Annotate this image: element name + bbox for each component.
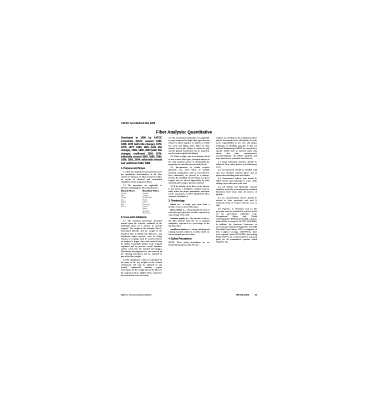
paragraph-1-1: 1.1 This test method presents procedures… bbox=[121, 170, 162, 183]
page-content: AATCC Test Method 20A-2000 Fiber Analysi… bbox=[121, 122, 257, 300]
scanned-page-background: AATCC Test Method 20A-2000 Fiber Analysi… bbox=[0, 0, 368, 420]
footer-page-number: 33 bbox=[255, 294, 257, 297]
text-columns: Developed in 1959 by AATCC Committee RA2… bbox=[121, 137, 257, 291]
cell-natural bbox=[121, 212, 143, 214]
document-page: AATCC Test Method 20A-2000 Fiber Analysi… bbox=[121, 122, 257, 300]
paragraph-2-1: 2.1 The chemical procedures described de… bbox=[121, 219, 162, 257]
definition-blend: blend, n.— a single yarn spun from a mix… bbox=[169, 203, 210, 208]
section-heading-purpose: 1. Purpose and Scope bbox=[121, 167, 162, 170]
safety-item-4-6: 4.6 Exposure to chemicals used in this p… bbox=[216, 207, 257, 243]
safety-continuation: cautions are ancillary to the testing pr… bbox=[216, 137, 257, 160]
definition-fiber-content: fiber content, n.— the proportion by mas… bbox=[169, 209, 210, 217]
safety-item-4-1: 4.1 Good laboratory practices should be … bbox=[216, 160, 257, 168]
page-footer: AATCC Technical Manual/2010 TM 20A-2000 … bbox=[121, 294, 257, 297]
fiber-list-table: Natural Fibers Man-Made Fibers CottonAce… bbox=[121, 190, 162, 214]
footer-method-number: TM 20A-2000 bbox=[236, 294, 249, 297]
column-right: cautions are ancillary to the testing pr… bbox=[216, 137, 257, 291]
definition-nonfibrous-matter: nonfibrous matter, n.— sizing, finishing… bbox=[169, 228, 210, 236]
safety-item-4-3: 4.3 Concentrated sulfuric acid should be… bbox=[216, 177, 257, 185]
paragraph-1-2: 1.2 The procedures are applicable to mix… bbox=[121, 184, 162, 189]
paragraph-2-3: 2.3 The mechanical separations are appli… bbox=[169, 137, 210, 155]
safety-item-4-4: 4.4 All volatile and flammable solvents … bbox=[216, 185, 257, 195]
footer-method-group: TM 20A-2000 33 bbox=[236, 294, 257, 297]
paragraph-2-6: 2.6 If the identity of the fibers in the… bbox=[169, 185, 210, 198]
paragraph-2-2: 2.2 The quantitative results are calcula… bbox=[121, 258, 162, 276]
cell-manmade: Triacetate bbox=[143, 212, 163, 214]
section-heading-terminology: 3. Terminology bbox=[169, 199, 210, 202]
paragraph-2-5: 2.5 Interpretation of results requires p… bbox=[169, 166, 210, 184]
method-number-header: AATCC Test Method 20A-2000 bbox=[121, 122, 257, 125]
section-heading-uses: 2. Uses and Limitations bbox=[121, 216, 162, 219]
safety-item-4-5: 4.5 An eyewash/safety shower should be l… bbox=[216, 196, 257, 206]
page-title: Fiber Analysis: Quantitative bbox=[121, 130, 247, 135]
safety-intro: NOTE: These safety precautions are for i… bbox=[169, 241, 210, 246]
safety-item-4-2: 4.2 All chemicals should be handled with… bbox=[216, 169, 257, 177]
definition-moisture-regain: moisture regain, n.— the amount of water… bbox=[169, 217, 210, 227]
column-middle: 2.3 The mechanical separations are appli… bbox=[169, 137, 210, 291]
revision-history-note: Developed in 1959 by AATCC Committee RA2… bbox=[121, 137, 162, 165]
column-left: Developed in 1959 by AATCC Committee RA2… bbox=[121, 137, 162, 291]
section-heading-safety: 4. Safety Precautions bbox=[169, 237, 210, 240]
footer-manual-label: AATCC Technical Manual/2010 bbox=[121, 294, 151, 297]
table-row: Triacetate bbox=[121, 212, 162, 214]
paragraph-2-4: 2.4 When a single yarn is an intimate bl… bbox=[169, 155, 210, 165]
